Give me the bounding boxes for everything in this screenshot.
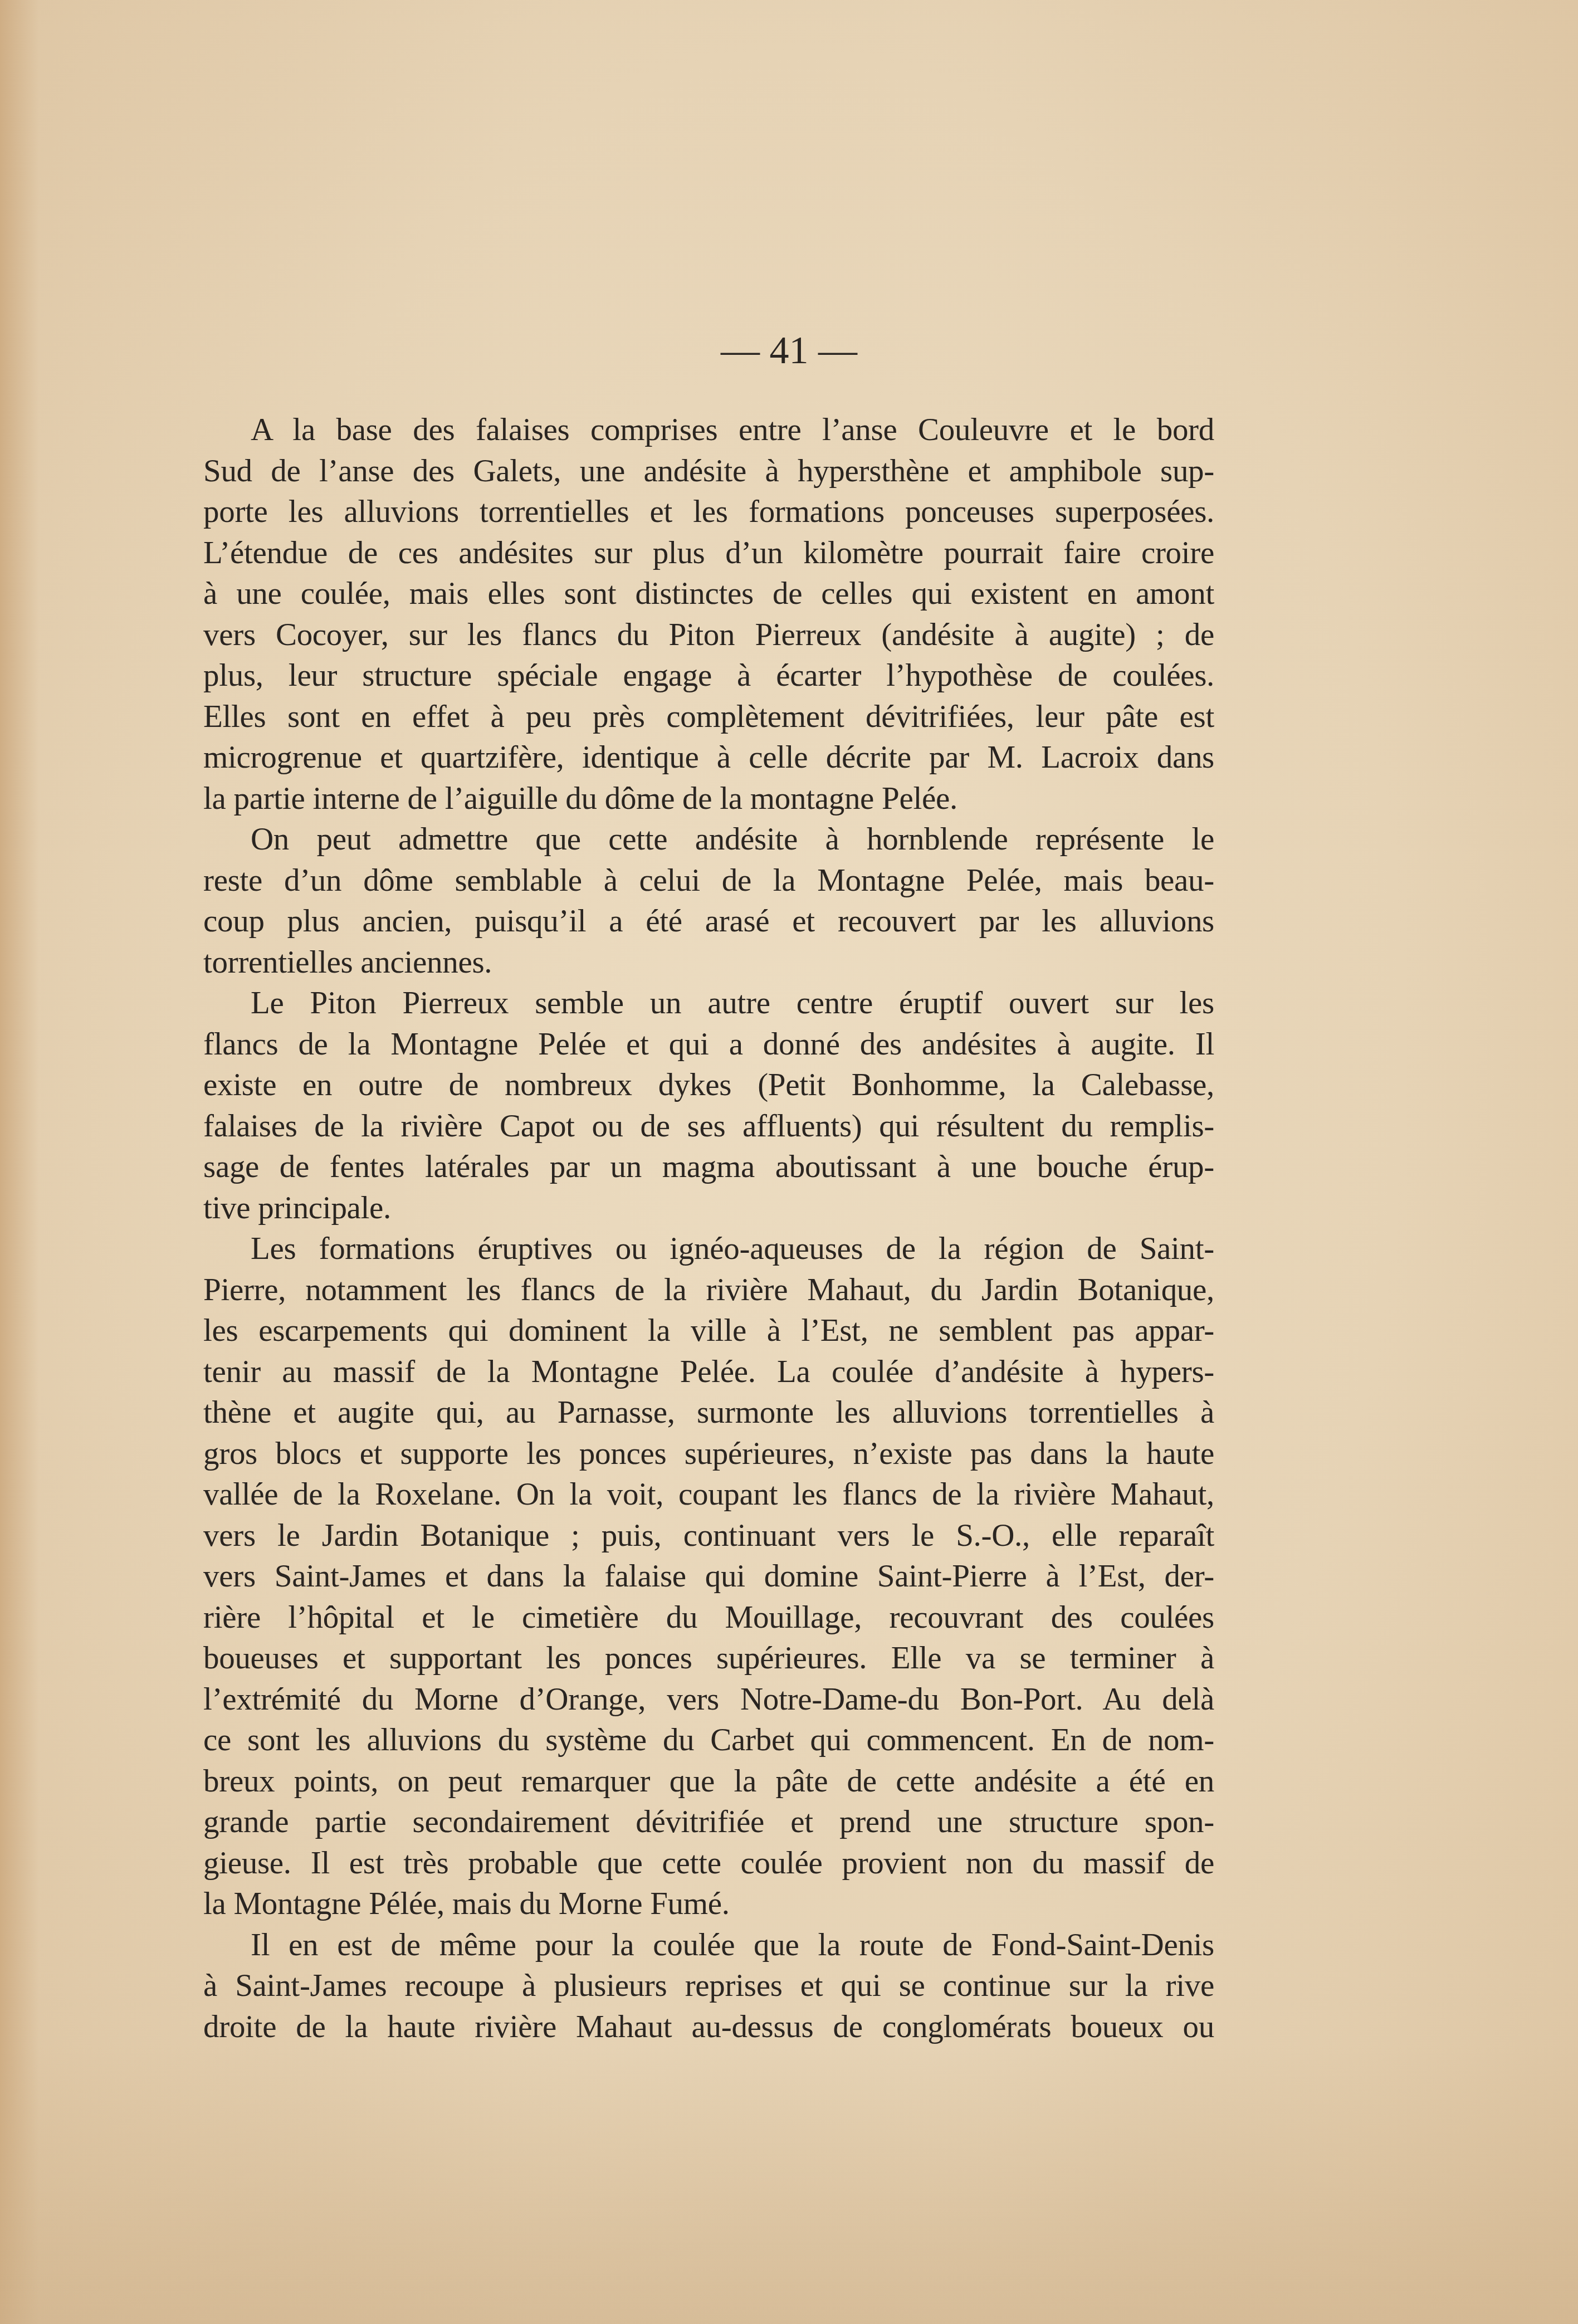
text-line: falaises de la rivière Capot ou de ses a… <box>203 1106 1214 1147</box>
text-line: coup plus ancien, puisqu’il a été arasé … <box>203 901 1214 942</box>
paragraph: Il en est de même pour la coulée que la … <box>203 1925 1214 2048</box>
text-line: L’étendue de ces andésites sur plus d’un… <box>203 533 1214 574</box>
paragraph: Les formations éruptives ou ignéo-aqueus… <box>203 1228 1214 1925</box>
text-line: à Saint-James recoupe à plusieurs repris… <box>203 1965 1214 2006</box>
text-line: tive principale. <box>203 1188 1214 1229</box>
text-line: reste d’un dôme semblable à celui de la … <box>203 860 1214 901</box>
text-line: breux points, on peut remarquer que la p… <box>203 1761 1214 1802</box>
text-line: l’extrémité du Morne d’Orange, vers Notr… <box>203 1679 1214 1720</box>
text-line: vers Cocoyer, sur les flancs du Piton Pi… <box>203 614 1214 656</box>
text-line: vers le Jardin Botanique ; puis, continu… <box>203 1515 1214 1556</box>
text-line: Les formations éruptives ou ignéo-aqueus… <box>203 1228 1214 1270</box>
paragraph: A la base des falaises comprises entre l… <box>203 409 1214 819</box>
text-line: la partie interne de l’aiguille du dôme … <box>203 778 1214 819</box>
text-line: Il en est de même pour la coulée que la … <box>203 1925 1214 1966</box>
text-line: Elles sont en effet à peu près complètem… <box>203 696 1214 738</box>
text-line: A la base des falaises comprises entre l… <box>203 409 1214 451</box>
text-line: à une coulée, mais elles sont distinctes… <box>203 573 1214 614</box>
text-line: torrentielles anciennes. <box>203 942 1214 983</box>
text-line: microgrenue et quartzifère, identique à … <box>203 737 1214 778</box>
text-line: tenir au massif de la Montagne Pelée. La… <box>203 1351 1214 1393</box>
text-line: droite de la haute rivière Mahaut au-des… <box>203 2006 1214 2048</box>
text-line: sage de fentes latérales par un magma ab… <box>203 1146 1214 1188</box>
text-line: Le Piton Pierreux semble un autre centre… <box>203 983 1214 1024</box>
text-line: existe en outre de nombreux dykes (Petit… <box>203 1065 1214 1106</box>
text-line: boueuses et supportant les ponces supéri… <box>203 1638 1214 1679</box>
text-line: porte les alluvions torrentielles et les… <box>203 491 1214 533</box>
text-line: grande partie secondairement dévitrifiée… <box>203 1801 1214 1843</box>
text-line: Sud de l’anse des Galets, une andésite à… <box>203 451 1214 492</box>
text-line: gieuse. Il est très probable que cette c… <box>203 1843 1214 1884</box>
text-line: rière l’hôpital et le cimetière du Mouil… <box>203 1597 1214 1638</box>
text-line: thène et augite qui, au Parnasse, surmon… <box>203 1392 1214 1433</box>
text-line: Pierre, notamment les flancs de la riviè… <box>203 1270 1214 1311</box>
text-line: gros blocs et supporte les ponces supéri… <box>203 1433 1214 1475</box>
scanned-page: — 41 — A la base des falaises comprises … <box>0 0 1578 2324</box>
paragraph: Le Piton Pierreux semble un autre centre… <box>203 983 1214 1228</box>
text-line: vers Saint-James et dans la falaise qui … <box>203 1556 1214 1597</box>
text-line: vallée de la Roxelane. On la voit, coupa… <box>203 1474 1214 1515</box>
page-bottom-shading <box>0 2045 1578 2324</box>
text-line: flancs de la Montagne Pelée et qui a don… <box>203 1024 1214 1065</box>
text-line: les escarpements qui dominent la ville à… <box>203 1310 1214 1351</box>
text-line: On peut admettre que cette andésite à ho… <box>203 819 1214 860</box>
page-number: — 41 — <box>0 329 1578 373</box>
text-line: la Montagne Pélée, mais du Morne Fumé. <box>203 1883 1214 1925</box>
paragraph: On peut admettre que cette andésite à ho… <box>203 819 1214 983</box>
body-text: A la base des falaises comprises entre l… <box>203 409 1214 2047</box>
text-line: plus, leur structure spéciale engage à é… <box>203 655 1214 696</box>
text-line: ce sont les alluvions du système du Carb… <box>203 1720 1214 1761</box>
